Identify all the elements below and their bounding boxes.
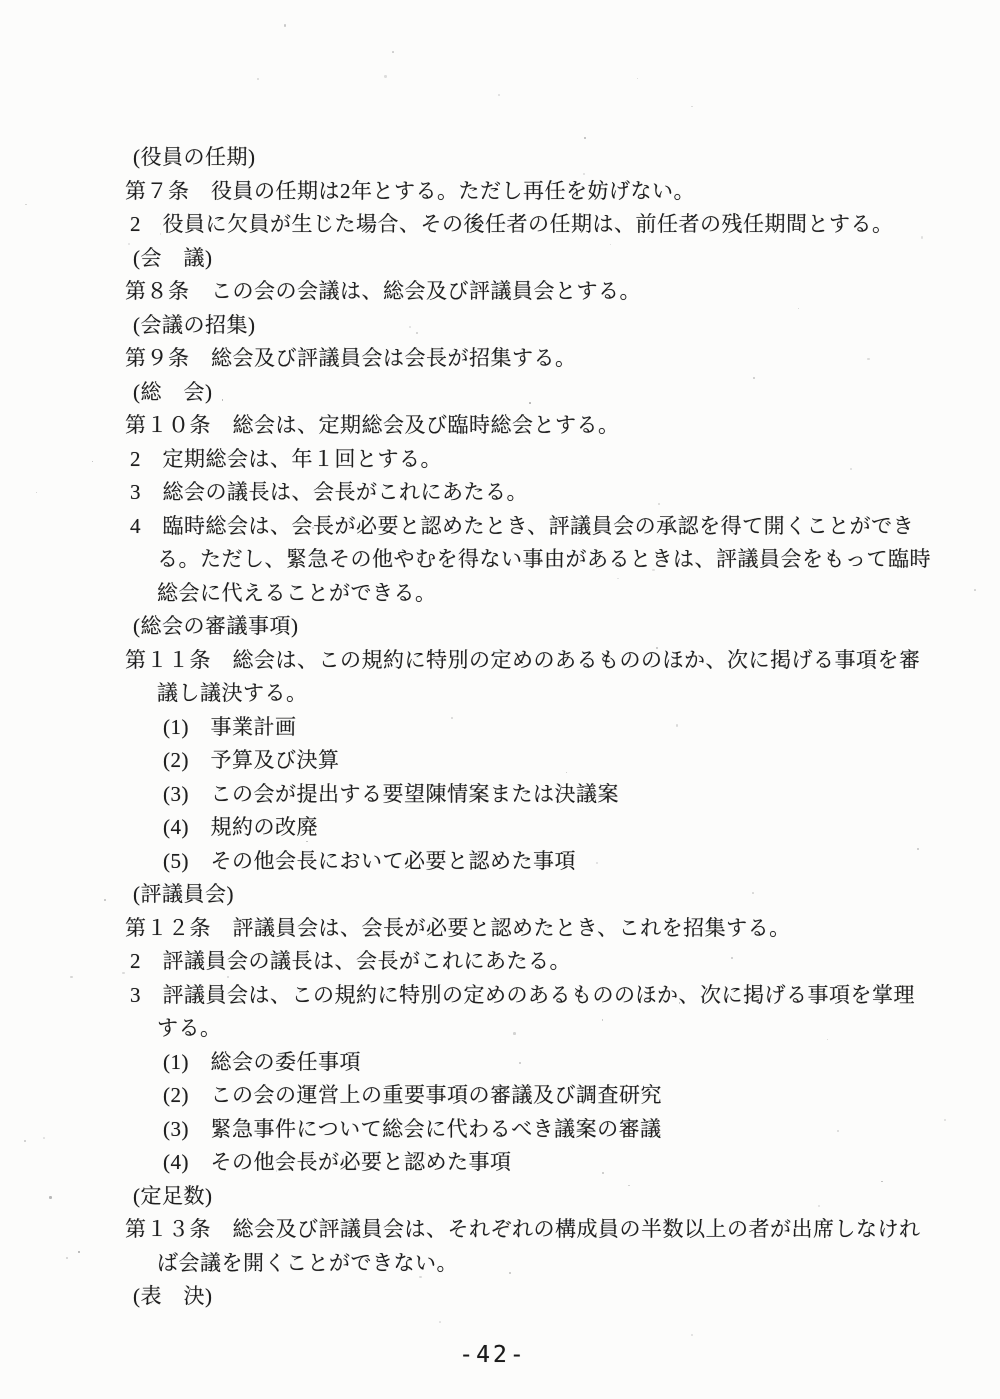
- doc-line: (3) 緊急事件について総会に代わるべき議案の審議: [0, 1113, 1000, 1147]
- scan-noise-speck: [384, 75, 386, 77]
- doc-line: 4 臨時総会は、会長が必要と認めたとき、評議員会の承認を得て開くことができ: [0, 510, 1000, 544]
- doc-line: 第１２条 評議員会は、会長が必要と認めたとき、これを招集する。: [0, 912, 1000, 946]
- document-page: (役員の任期)第７条 役員の任期は2年とする。ただし再任を妨げない。2 役員に欠…: [0, 0, 1000, 1399]
- doc-line: 第８条 この会の会議は、総会及び評議員会とする。: [0, 275, 1000, 309]
- doc-line: 第１１条 総会は、この規約に特別の定めのあるもののほか、次に掲げる事項を審: [0, 644, 1000, 678]
- doc-line: 第９条 総会及び評議員会は会長が招集する。: [0, 342, 1000, 376]
- doc-line: (2) 予算及び決算: [0, 744, 1000, 778]
- scan-noise-speck: [392, 51, 394, 53]
- scan-noise-speck: [284, 24, 286, 26]
- doc-line: 第７条 役員の任期は2年とする。ただし再任を妨げない。: [0, 175, 1000, 209]
- doc-line: (2) この会の運営上の重要事項の審議及び調査研究: [0, 1079, 1000, 1113]
- document-body: (役員の任期)第７条 役員の任期は2年とする。ただし再任を妨げない。2 役員に欠…: [0, 141, 1000, 1314]
- doc-line: (評議員会): [0, 878, 1000, 912]
- scan-noise-speck: [439, 1321, 441, 1323]
- doc-line: (1) 総会の委任事項: [0, 1046, 1000, 1080]
- doc-line: 3 総会の議長は、会長がこれにあたる。: [0, 476, 1000, 510]
- doc-line: 2 役員に欠員が生じた場合、その後任者の任期は、前任者の残任期間とする。: [0, 208, 1000, 242]
- doc-line: 2 定期総会は、年１回とする。: [0, 443, 1000, 477]
- doc-line: 第１３条 総会及び評議員会は、それぞれの構成員の半数以上の者が出席しなけれ: [0, 1213, 1000, 1247]
- doc-line: (1) 事業計画: [0, 711, 1000, 745]
- doc-line: る。ただし、緊急その他やむを得ない事由があるときは、評議員会をもって臨時: [0, 543, 1000, 577]
- doc-line: (定足数): [0, 1180, 1000, 1214]
- scan-noise-speck: [691, 106, 692, 107]
- doc-line: (4) その他会長が必要と認めた事項: [0, 1146, 1000, 1180]
- doc-line: ば会議を開くことができない。: [0, 1247, 1000, 1281]
- scan-noise-speck: [637, 78, 639, 80]
- doc-line: する。: [0, 1012, 1000, 1046]
- doc-line: 議し議決する。: [0, 677, 1000, 711]
- doc-line: (役員の任期): [0, 141, 1000, 175]
- doc-line: (4) 規約の改廃: [0, 811, 1000, 845]
- scan-noise-speck: [584, 137, 586, 139]
- scan-noise-speck: [498, 94, 500, 96]
- doc-line: 総会に代えることができる。: [0, 577, 1000, 611]
- scan-noise-speck: [257, 78, 259, 80]
- doc-line: 2 評議員会の議長は、会長がこれにあたる。: [0, 945, 1000, 979]
- doc-line: 3 評議員会は、この規約に特別の定めのあるもののほか、次に掲げる事項を掌理: [0, 979, 1000, 1013]
- doc-line: (会議の招集): [0, 309, 1000, 343]
- doc-line: 第１０条 総会は、定期総会及び臨時総会とする。: [0, 409, 1000, 443]
- doc-line: (5) その他会長において必要と認めた事項: [0, 845, 1000, 879]
- doc-line: (会 議): [0, 242, 1000, 276]
- doc-line: (3) この会が提出する要望陳情案または決議案: [0, 778, 1000, 812]
- doc-line: (総 会): [0, 376, 1000, 410]
- page-number: -42-: [0, 1342, 986, 1368]
- doc-line: (表 決): [0, 1280, 1000, 1314]
- scan-noise-speck: [691, 1334, 693, 1336]
- doc-line: (総会の審議事項): [0, 610, 1000, 644]
